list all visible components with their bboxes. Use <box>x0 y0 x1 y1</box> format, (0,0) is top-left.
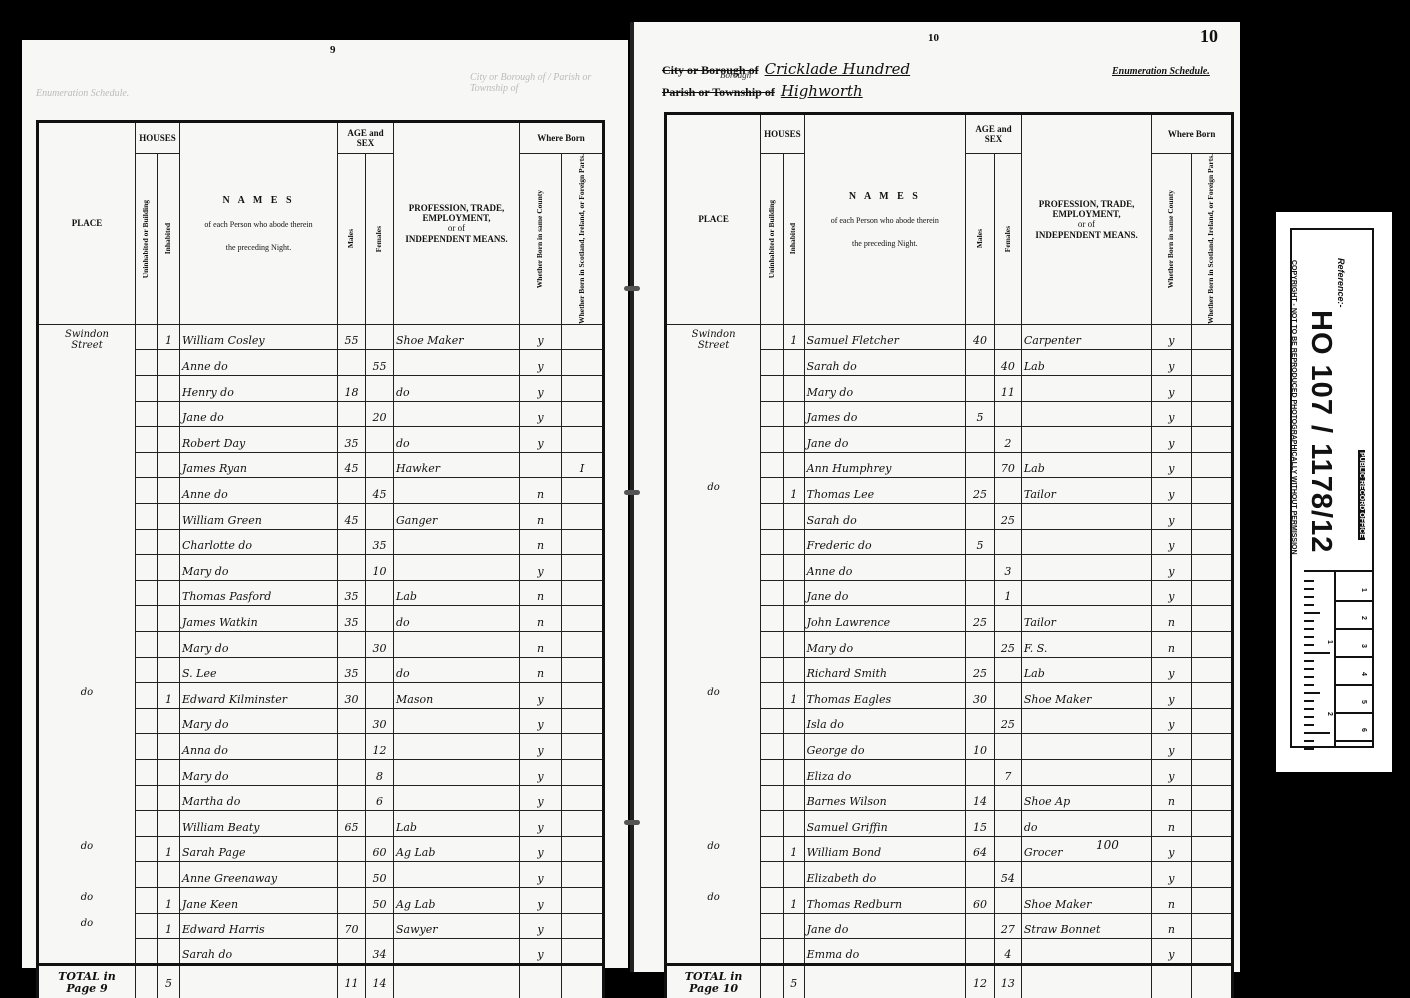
foreign-parts-cell <box>1191 862 1232 888</box>
male-age-cell <box>966 452 995 478</box>
place-header: PLACE <box>666 114 761 325</box>
female-age-cell <box>366 683 394 709</box>
name-cell: Charlotte do <box>180 529 338 555</box>
male-age-cell: 18 <box>338 376 366 402</box>
name-cell: Eliza do <box>804 759 965 785</box>
inhabited-cell <box>783 939 804 965</box>
uninhabited-cell <box>136 324 158 350</box>
ruler-tick <box>1304 740 1314 742</box>
uninhabited-cell <box>136 887 158 913</box>
uninhabited-cell <box>136 939 158 965</box>
uninhabited-cell <box>761 862 784 888</box>
male-age-cell <box>338 478 366 504</box>
female-age-cell <box>994 657 1021 683</box>
foreign-parts-cell <box>562 580 604 606</box>
name-cell: Edward Kilminster <box>180 683 338 709</box>
uninhabited-cell <box>136 683 158 709</box>
male-age-cell <box>966 759 995 785</box>
male-age-cell: 30 <box>338 683 366 709</box>
inhabited-cell: 1 <box>158 887 180 913</box>
name-cell: Sarah do <box>804 350 965 376</box>
uninhabited-cell <box>761 427 784 453</box>
name-cell: Martha do <box>180 785 338 811</box>
same-county-cell: y <box>520 555 562 581</box>
same-county-cell: y <box>1152 324 1191 350</box>
inhabited-cell <box>783 452 804 478</box>
profession-cell: Sawyer <box>394 913 520 939</box>
foreign-parts-header: Whether Born in Scotland, Ireland, or Fo… <box>1191 154 1232 325</box>
inhabited-cell <box>158 759 180 785</box>
foreign-parts-cell <box>562 657 604 683</box>
uninhabited-cell <box>136 606 158 632</box>
parish-label: Parish or Township of <box>662 85 775 99</box>
borough-line: City or Borough ofCricklade Hundred <box>662 60 910 78</box>
same-county-cell: y <box>1152 529 1191 555</box>
same-county-cell: y <box>520 427 562 453</box>
male-age-cell <box>966 555 995 581</box>
name-cell: Emma do <box>804 939 965 965</box>
inhabited-cell: 1 <box>783 887 804 913</box>
male-age-cell: 30 <box>966 683 995 709</box>
same-county-cell: y <box>520 324 562 350</box>
male-age-cell <box>338 632 366 658</box>
female-age-cell <box>994 606 1021 632</box>
stitch-mark <box>624 286 640 291</box>
inhabited-cell <box>158 632 180 658</box>
profession-header: PROFESSION, TRADE,EMPLOYMENT,or ofINDEPE… <box>394 122 520 325</box>
name-cell: Mary do <box>180 708 338 734</box>
male-age-cell <box>966 862 995 888</box>
place-header: PLACE <box>38 122 136 325</box>
place-entry: do <box>57 918 117 929</box>
uninhabited-cell <box>136 452 158 478</box>
profession-cell <box>1021 939 1151 965</box>
name-cell: Robert Day <box>180 427 338 453</box>
inhabited-cell <box>158 811 180 837</box>
ruler-cm-label: 3 <box>1360 644 1367 648</box>
profession-cell: Lab <box>1021 350 1151 376</box>
total-names <box>180 964 338 998</box>
same-county-cell: y <box>1152 734 1191 760</box>
total-label: TOTAL inPage 9 <box>38 964 136 998</box>
foreign-parts-cell <box>1191 683 1232 709</box>
measurement-ruler: 12345612 <box>1304 570 1372 746</box>
uninhabited-cell <box>761 836 784 862</box>
foreign-parts-cell <box>562 759 604 785</box>
ghost-header-left: Enumeration Schedule. <box>36 88 129 99</box>
census-row: Swindon Streetdodododo1William Cosley55S… <box>38 324 604 350</box>
male-age-cell: 70 <box>338 913 366 939</box>
uninhabited-cell <box>761 759 784 785</box>
inhabited-cell <box>783 811 804 837</box>
profession-cell: Shoe Maker <box>1021 887 1151 913</box>
foreign-parts-cell <box>562 811 604 837</box>
male-age-cell <box>338 529 366 555</box>
inhabited-cell <box>158 657 180 683</box>
inhabited-cell <box>783 555 804 581</box>
uninhabited-cell <box>761 529 784 555</box>
female-age-cell: 25 <box>994 504 1021 530</box>
uninhabited-cell <box>136 580 158 606</box>
inhabited-cell <box>158 529 180 555</box>
total-profession <box>1021 964 1151 998</box>
male-age-cell <box>338 555 366 581</box>
female-age-cell: 35 <box>366 529 394 555</box>
female-age-cell <box>994 785 1021 811</box>
total-males: 12 <box>966 964 995 998</box>
same-county-cell: y <box>1152 939 1191 965</box>
ruler-tick <box>1304 732 1330 734</box>
uninhabited-cell <box>761 657 784 683</box>
male-age-cell: 10 <box>966 734 995 760</box>
ruler-tick <box>1304 708 1314 710</box>
male-age-cell: 35 <box>338 427 366 453</box>
name-cell: William Cosley <box>180 324 338 350</box>
same-county-cell: n <box>520 580 562 606</box>
same-county-cell: y <box>1152 478 1191 504</box>
foreign-parts-cell <box>562 939 604 965</box>
uninhabited-cell <box>136 836 158 862</box>
name-cell: James do <box>804 401 965 427</box>
male-age-cell <box>338 759 366 785</box>
uninhabited-cell <box>761 350 784 376</box>
same-county-cell: y <box>520 887 562 913</box>
profession-cell <box>1021 529 1151 555</box>
folio-number: 10 <box>1200 26 1218 47</box>
same-county-cell: y <box>520 836 562 862</box>
profession-cell <box>394 632 520 658</box>
ruler-tick <box>1304 596 1314 598</box>
foreign-parts-cell <box>562 887 604 913</box>
place-entry: do <box>684 482 744 493</box>
uninhabited-cell <box>136 478 158 504</box>
profession-cell <box>1021 376 1151 402</box>
copyright-notice: COPYRIGHT - NOT TO BE REPRODUCED PHOTOGR… <box>1290 260 1297 555</box>
female-age-cell <box>994 478 1021 504</box>
profession-cell: Lab <box>394 580 520 606</box>
female-age-cell: 25 <box>994 632 1021 658</box>
same-county-cell: y <box>1152 504 1191 530</box>
male-age-cell <box>966 580 995 606</box>
names-header: N A M E S of each Person who abode there… <box>180 122 338 325</box>
inhabited-cell: 1 <box>158 683 180 709</box>
profession-cell: Mason <box>394 683 520 709</box>
uninhabited-cell <box>761 606 784 632</box>
inhabited-cell: 1 <box>783 683 804 709</box>
female-age-cell <box>994 324 1021 350</box>
where-born-header: Where Born <box>1152 114 1233 154</box>
foreign-parts-cell <box>562 683 604 709</box>
profession-cell: do <box>394 427 520 453</box>
female-age-cell <box>366 504 394 530</box>
name-cell: Jane do <box>804 913 965 939</box>
ruler-cm-line <box>1336 712 1372 714</box>
profession-cell <box>1021 427 1151 453</box>
male-age-cell <box>338 350 366 376</box>
inhabited-cell <box>783 632 804 658</box>
same-county-cell: y <box>520 862 562 888</box>
foreign-parts-cell <box>1191 811 1232 837</box>
inhabited-cell <box>783 350 804 376</box>
profession-cell <box>1021 504 1151 530</box>
total-row: TOTAL inPage 10 5 12 13 <box>666 964 1233 998</box>
same-county-cell: y <box>1152 657 1191 683</box>
uninhabited-cell <box>136 555 158 581</box>
male-age-cell: 35 <box>338 606 366 632</box>
ruler-tick <box>1304 684 1314 686</box>
inhabited-cell <box>158 734 180 760</box>
profession-cell: Shoe Maker <box>394 324 520 350</box>
female-age-cell <box>994 734 1021 760</box>
foreign-parts-cell <box>1191 401 1232 427</box>
uninhabited-cell <box>136 913 158 939</box>
profession-cell: Hawker <box>394 452 520 478</box>
name-cell: Jane do <box>804 580 965 606</box>
foreign-parts-cell <box>562 529 604 555</box>
ruler-tick <box>1304 724 1314 726</box>
females-header: Females <box>366 154 394 325</box>
foreign-parts-cell <box>562 862 604 888</box>
name-cell: Samuel Griffin <box>804 811 965 837</box>
foreign-parts-header: Whether Born in Scotland, Ireland, or Fo… <box>562 154 604 325</box>
foreign-parts-cell <box>562 913 604 939</box>
profession-cell <box>394 708 520 734</box>
uninhabited-header: Uninhabited or Building <box>761 154 784 325</box>
female-age-cell <box>366 324 394 350</box>
inhabited-cell: 1 <box>783 478 804 504</box>
ruler-cm-label: 6 <box>1360 728 1367 732</box>
reference-label: Reference:- <box>1336 258 1346 308</box>
same-county-cell: n <box>520 606 562 632</box>
profession-cell: Ag Lab <box>394 887 520 913</box>
name-cell: Anne Greenaway <box>180 862 338 888</box>
male-age-cell: 45 <box>338 452 366 478</box>
uninhabited-cell <box>136 811 158 837</box>
male-age-cell: 35 <box>338 580 366 606</box>
foreign-parts-cell <box>1191 580 1232 606</box>
name-cell: Sarah Page <box>180 836 338 862</box>
inhabited-cell: 1 <box>158 324 180 350</box>
male-age-cell <box>966 504 995 530</box>
name-cell: Elizabeth do <box>804 862 965 888</box>
inhabited-cell <box>783 913 804 939</box>
inhabited-cell <box>158 708 180 734</box>
same-county-cell: n <box>520 657 562 683</box>
inhabited-cell <box>783 657 804 683</box>
name-cell: James Watkin <box>180 606 338 632</box>
profession-cell <box>394 529 520 555</box>
same-county-cell: n <box>1152 811 1191 837</box>
male-age-cell <box>966 939 995 965</box>
uninhabited-cell <box>761 913 784 939</box>
male-age-cell: 25 <box>966 606 995 632</box>
total-foreign <box>562 964 604 998</box>
name-cell: Anne do <box>180 350 338 376</box>
foreign-parts-cell <box>562 555 604 581</box>
foreign-parts-cell <box>1191 376 1232 402</box>
profession-cell <box>394 555 520 581</box>
female-age-cell <box>366 913 394 939</box>
same-county-cell: n <box>1152 632 1191 658</box>
female-age-cell: 50 <box>366 887 394 913</box>
female-age-cell: 54 <box>994 862 1021 888</box>
female-age-cell: 2 <box>994 427 1021 453</box>
male-age-cell <box>338 401 366 427</box>
profession-cell: do <box>394 657 520 683</box>
profession-cell: Lab <box>1021 452 1151 478</box>
profession-cell <box>1021 862 1151 888</box>
place-entry: do <box>57 687 117 698</box>
female-age-cell: 70 <box>994 452 1021 478</box>
uninhabited-cell <box>761 708 784 734</box>
male-age-cell: 5 <box>966 401 995 427</box>
foreign-parts-cell <box>1191 350 1232 376</box>
same-county-cell: y <box>520 785 562 811</box>
same-county-cell: y <box>1152 580 1191 606</box>
total-same-county <box>520 964 562 998</box>
ruler-cm-label: 2 <box>1360 616 1367 620</box>
schedule-title: Enumeration Schedule. <box>1112 66 1210 77</box>
page-number-right: 10 <box>928 32 939 44</box>
profession-cell <box>1021 708 1151 734</box>
profession-cell: Ganger <box>394 504 520 530</box>
foreign-parts-cell <box>1191 708 1232 734</box>
foreign-parts-cell <box>1191 529 1232 555</box>
foreign-parts-cell <box>1191 632 1232 658</box>
female-age-cell <box>994 887 1021 913</box>
name-cell: William Beaty <box>180 811 338 837</box>
inhabited-cell <box>783 580 804 606</box>
uninhabited-cell <box>136 529 158 555</box>
female-age-cell: 25 <box>994 708 1021 734</box>
uninhabited-cell <box>761 324 784 350</box>
ruler-tick <box>1304 660 1314 662</box>
profession-cell: Lab <box>394 811 520 837</box>
reference-box: Reference:- HO 107 / 1178/12 COPYRIGHT -… <box>1290 228 1374 748</box>
houses-header: HOUSES <box>136 122 180 154</box>
uninhabited-cell <box>136 734 158 760</box>
inhabited-cell <box>783 606 804 632</box>
male-age-cell: 35 <box>338 657 366 683</box>
same-county-cell: n <box>1152 913 1191 939</box>
profession-header: PROFESSION, TRADE,EMPLOYMENT,or ofINDEPE… <box>1021 114 1151 325</box>
name-cell: Anne do <box>180 478 338 504</box>
inhabited-cell <box>158 478 180 504</box>
female-age-cell: 6 <box>366 785 394 811</box>
female-age-cell: 8 <box>366 759 394 785</box>
name-cell: Thomas Eagles <box>804 683 965 709</box>
ruler-tick <box>1304 692 1320 694</box>
profession-cell <box>394 939 520 965</box>
same-county-cell: y <box>520 350 562 376</box>
male-age-cell: 40 <box>966 324 995 350</box>
reference-code: HO 107 / 1178/12 <box>1304 310 1337 553</box>
same-county-cell: y <box>520 939 562 965</box>
same-county-cell: y <box>1152 401 1191 427</box>
foreign-parts-cell <box>562 427 604 453</box>
same-county-cell: n <box>1152 606 1191 632</box>
uninhabited-cell <box>761 632 784 658</box>
name-cell: Samuel Fletcher <box>804 324 965 350</box>
uninhabited-cell <box>136 632 158 658</box>
same-county-cell: n <box>520 504 562 530</box>
foreign-parts-cell <box>1191 759 1232 785</box>
name-cell: Mary do <box>180 632 338 658</box>
inhabited-cell <box>158 580 180 606</box>
inhabited-cell: 1 <box>783 324 804 350</box>
profession-cell <box>394 350 520 376</box>
ruler-tick <box>1304 604 1314 606</box>
record-office-label: PUBLIC RECORD OFFICE <box>1358 450 1365 540</box>
name-cell: Mary do <box>804 376 965 402</box>
name-cell: Edward Harris <box>180 913 338 939</box>
females-header: Females <box>994 154 1021 325</box>
profession-cell <box>394 734 520 760</box>
inhabited-cell <box>783 401 804 427</box>
place-cell: Swindon Streetdodododo <box>38 324 136 964</box>
inhabited-cell <box>783 734 804 760</box>
foreign-parts-cell <box>1191 939 1232 965</box>
same-county-cell: y <box>520 759 562 785</box>
same-county-cell: n <box>520 632 562 658</box>
place-entry: do <box>57 892 117 903</box>
inhabited-cell <box>783 862 804 888</box>
same-county-cell: n <box>1152 785 1191 811</box>
ghost-header-right: City or Borough of / Parish or Township … <box>470 72 600 94</box>
place-entry: Swindon Street <box>684 329 744 351</box>
female-age-cell: 50 <box>366 862 394 888</box>
page-number-left: 9 <box>330 44 336 56</box>
males-header: Males <box>338 154 366 325</box>
foreign-parts-cell <box>1191 913 1232 939</box>
uninhabited-cell <box>136 401 158 427</box>
inhabited-cell: 1 <box>783 836 804 862</box>
uninhabited-cell <box>761 478 784 504</box>
total-inhabited: 5 <box>158 964 180 998</box>
inhabited-cell <box>158 504 180 530</box>
female-age-cell <box>994 401 1021 427</box>
parish-insert: Borough <box>720 70 751 80</box>
female-age-cell: 20 <box>366 401 394 427</box>
inhabited-cell <box>158 606 180 632</box>
female-age-cell <box>366 376 394 402</box>
male-age-cell: 55 <box>338 324 366 350</box>
female-age-cell: 4 <box>994 939 1021 965</box>
female-age-cell: 10 <box>366 555 394 581</box>
same-county-cell: y <box>1152 683 1191 709</box>
profession-cell <box>1021 734 1151 760</box>
uninhabited-cell <box>761 811 784 837</box>
name-cell: S. Lee <box>180 657 338 683</box>
place-cell: Swindon Streetdodododo <box>666 324 761 964</box>
foreign-parts-cell <box>562 350 604 376</box>
female-age-cell <box>994 836 1021 862</box>
total-foreign <box>1191 964 1232 998</box>
profession-cell <box>394 862 520 888</box>
foreign-parts-cell <box>562 376 604 402</box>
total-inhabited: 5 <box>783 964 804 998</box>
total-label: TOTAL inPage 10 <box>666 964 761 998</box>
name-cell: Jane Keen <box>180 887 338 913</box>
foreign-parts-cell <box>1191 657 1232 683</box>
same-county-cell: y <box>1152 708 1191 734</box>
female-age-cell: 12 <box>366 734 394 760</box>
same-county-cell: y <box>1152 555 1191 581</box>
same-county-cell: y <box>520 708 562 734</box>
male-age-cell <box>338 785 366 811</box>
profession-cell <box>1021 555 1151 581</box>
name-cell: Richard Smith <box>804 657 965 683</box>
